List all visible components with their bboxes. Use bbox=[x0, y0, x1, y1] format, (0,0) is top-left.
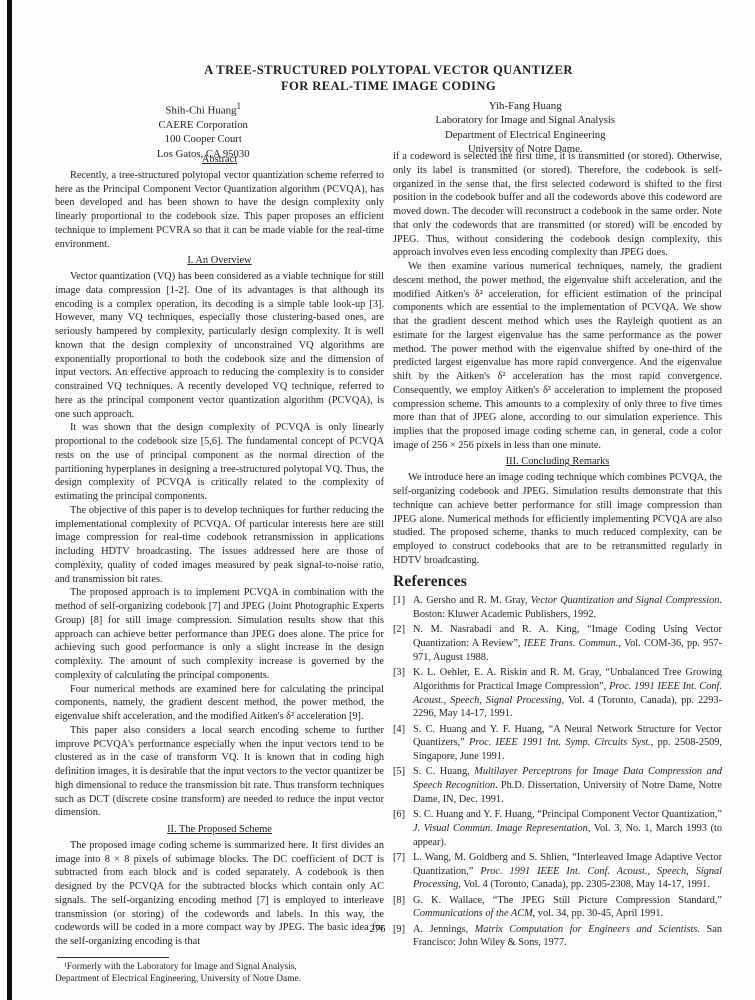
footnote: ¹Formerly with the Laboratory for Image … bbox=[55, 961, 384, 986]
author-right-affil-1: Laboratory for Image and Signal Analysis bbox=[338, 113, 712, 127]
reference-number: [4] bbox=[393, 723, 405, 737]
section1-paragraph-1: Vector quantization (VQ) has been consid… bbox=[55, 270, 384, 421]
section1-heading-text: I. An Overview bbox=[187, 255, 251, 266]
paper-page: A TREE-STRUCTURED POLYTOPAL VECTOR QUANT… bbox=[0, 0, 755, 1000]
section3-heading: III. Concluding Remarks bbox=[393, 455, 722, 469]
reference-number: [7] bbox=[393, 851, 405, 865]
reference-number: [3] bbox=[393, 666, 405, 680]
section1-paragraph-2: It was shown that the design complexity … bbox=[55, 421, 384, 504]
reference-number: [2] bbox=[393, 623, 405, 637]
section1-paragraph-4: The proposed approach is to implement PC… bbox=[55, 586, 384, 682]
author-left-affil-2: 100 Cooper Court bbox=[68, 132, 338, 146]
reference-number: [5] bbox=[393, 765, 405, 779]
abstract-paragraph: Recently, a tree-structured polytopal ve… bbox=[55, 169, 384, 252]
section1-paragraph-6: This paper also considers a local search… bbox=[55, 724, 384, 820]
section3-heading-text: III. Concluding Remarks bbox=[506, 456, 610, 467]
section2-heading-text: II. The Proposed Scheme bbox=[167, 824, 272, 835]
reference-text: L. Wang, M. Goldberg and S. Shlien, “Int… bbox=[413, 852, 722, 891]
reference-number: [6] bbox=[393, 808, 405, 822]
reference-item-1: [1] A. Gersho and R. M. Gray, Vector Qua… bbox=[393, 594, 722, 622]
reference-text: A. Gersho and R. M. Gray, Vector Quantiz… bbox=[413, 595, 722, 620]
reference-item-5: [5] S. C. Huang, Multilayer Perceptrons … bbox=[393, 765, 722, 806]
reference-number: [1] bbox=[393, 594, 405, 608]
footnote-line-2: Department of Electrical Engineering, Un… bbox=[55, 973, 384, 985]
page-number: 276 bbox=[0, 924, 755, 935]
continuation-paragraph-1: if a codeword is selected the first time… bbox=[393, 150, 722, 260]
paper-title-line1: A TREE-STRUCTURED POLYTOPAL VECTOR QUANT… bbox=[55, 62, 722, 78]
scan-edge-artifact bbox=[7, 0, 12, 1000]
continuation-paragraph-2: We then examine various numerical techni… bbox=[393, 260, 722, 453]
author-left-footnote-marker: 1 bbox=[237, 101, 242, 111]
footnote-divider bbox=[57, 957, 169, 958]
reference-item-4: [4] S. C. Huang and Y. F. Huang, “A Neur… bbox=[393, 723, 722, 764]
reference-text: S. C. Huang, Multilayer Perceptrons for … bbox=[413, 766, 722, 805]
left-column: Abstract Recently, a tree-structured pol… bbox=[55, 150, 384, 986]
paper-title-line2: FOR REAL-TIME IMAGE CODING bbox=[55, 78, 722, 94]
footnote-line-1: ¹Formerly with the Laboratory for Image … bbox=[55, 961, 384, 973]
right-column: if a codeword is selected the first time… bbox=[393, 150, 722, 986]
author-name-right: Yih-Fang Huang bbox=[338, 99, 712, 113]
author-left-name-text: Shih-Chi Huang bbox=[165, 105, 236, 117]
reference-item-3: [3] K. L. Oehler, E. A. Riskin and R. M.… bbox=[393, 666, 722, 721]
references-heading: References bbox=[393, 575, 722, 589]
reference-text: N. M. Nasrabadi and R. A. King, “Image C… bbox=[413, 624, 722, 663]
section2-heading: II. The Proposed Scheme bbox=[55, 823, 384, 837]
reference-text: S. C. Huang and Y. F. Huang, “Principal … bbox=[413, 809, 722, 848]
author-left-affil-1: CAERE Corporation bbox=[68, 118, 338, 132]
section1-heading: I. An Overview bbox=[55, 254, 384, 268]
reference-text: K. L. Oehler, E. A. Riskin and R. M. Gra… bbox=[413, 667, 722, 719]
reference-item-2: [2] N. M. Nasrabadi and R. A. King, “Ima… bbox=[393, 623, 722, 664]
section1-paragraph-5: Four numerical methods are examined here… bbox=[55, 683, 384, 724]
reference-text: S. C. Huang and Y. F. Huang, “A Neural N… bbox=[413, 724, 722, 763]
reference-text: G. K. Wallace, “The JPEG Still Picture C… bbox=[413, 895, 722, 920]
author-name-left: Shih-Chi Huang1 bbox=[68, 99, 338, 118]
reference-item-8: [8] G. K. Wallace, “The JPEG Still Pictu… bbox=[393, 894, 722, 922]
section1-paragraph-3: The objective of this paper is to develo… bbox=[55, 504, 384, 587]
reference-item-6: [6] S. C. Huang and Y. F. Huang, “Princi… bbox=[393, 808, 722, 849]
abstract-heading-text: Abstract bbox=[202, 154, 237, 165]
abstract-heading: Abstract bbox=[55, 153, 384, 167]
body-columns: Abstract Recently, a tree-structured pol… bbox=[55, 150, 722, 986]
section3-paragraph-1: We introduce here an image coding techni… bbox=[393, 471, 722, 567]
reference-item-7: [7] L. Wang, M. Goldberg and S. Shlien, … bbox=[393, 851, 722, 892]
author-right-affil-2: Department of Electrical Engineering bbox=[338, 128, 712, 142]
paper-title: A TREE-STRUCTURED POLYTOPAL VECTOR QUANT… bbox=[55, 62, 722, 94]
reference-number: [8] bbox=[393, 894, 405, 908]
